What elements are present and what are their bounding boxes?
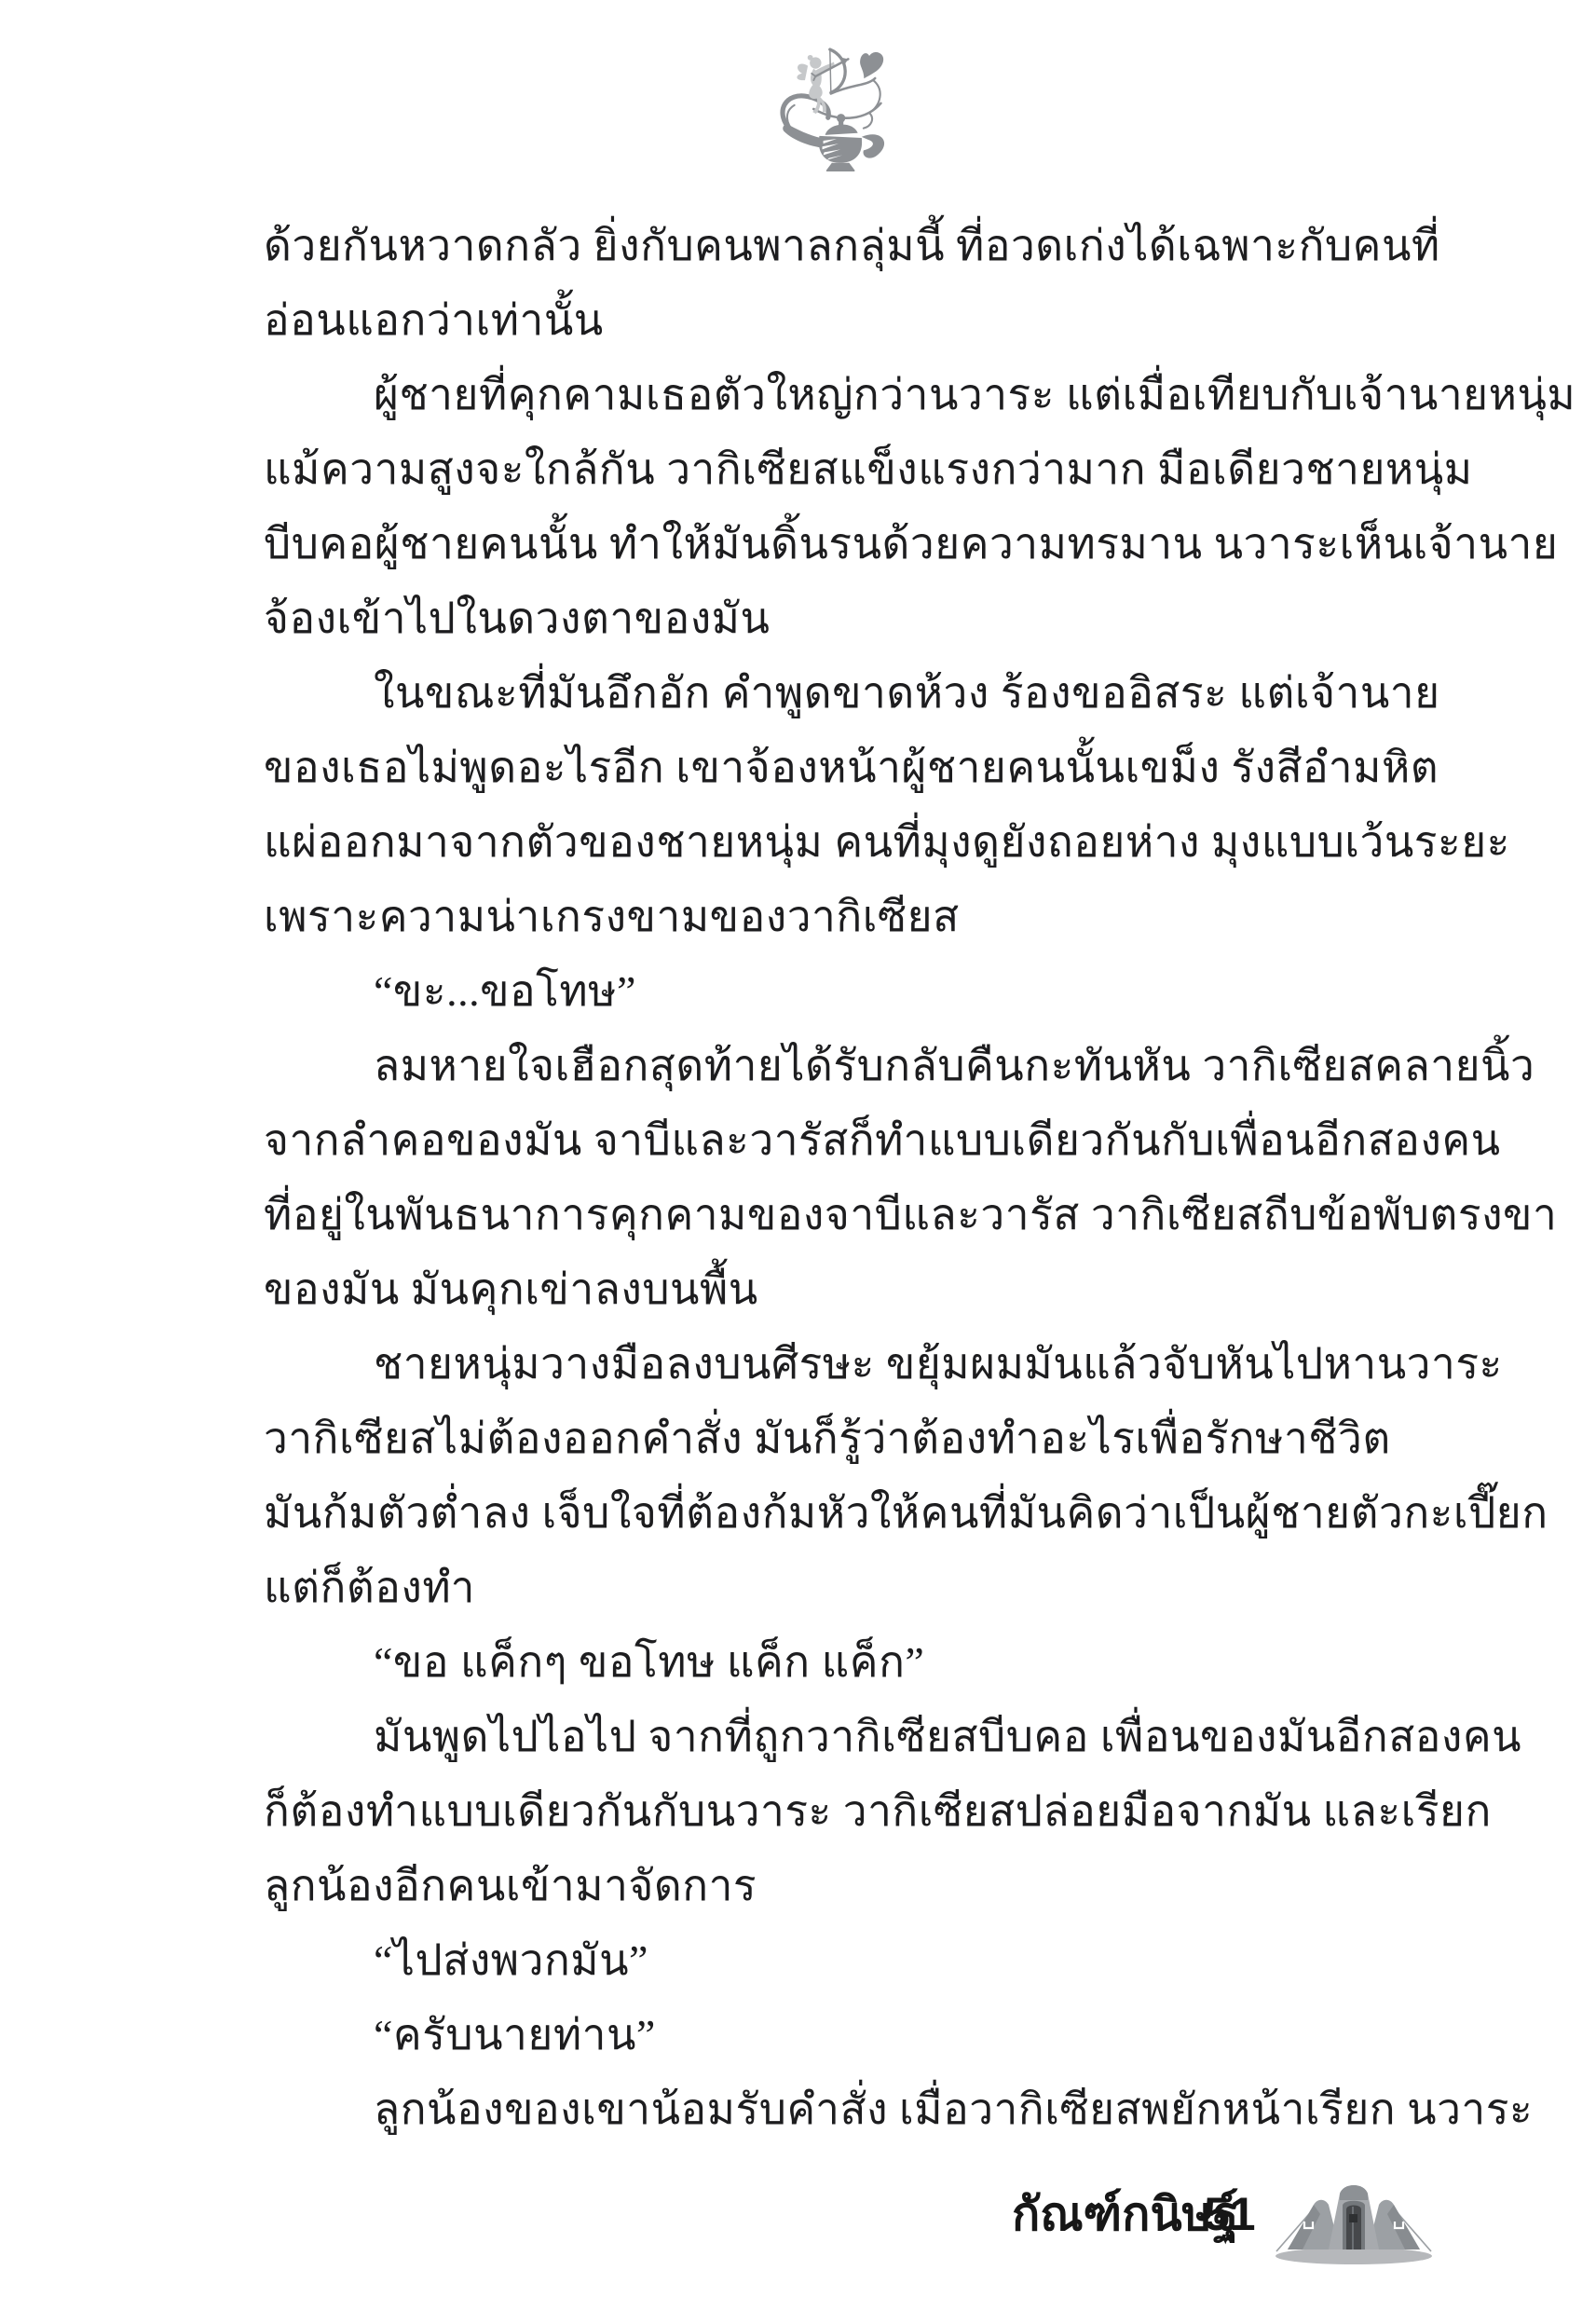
body-line: ลูกน้องอีกคนเข้ามาจัดการ <box>264 1849 1412 1923</box>
body-line: ในขณะที่มันอึกอัก คำพูดขาดห้วง ร้องขออิส… <box>264 656 1412 731</box>
body-line: แผ่ออกมาจากตัวของชายหนุ่ม คนที่มุงดูยังถ… <box>264 805 1412 880</box>
body-line: ลมหายใจเฮือกสุดท้ายได้รับกลับคืนกะทันหัน… <box>264 1029 1412 1103</box>
body-line: แต่ก็ต้องทำ <box>264 1551 1412 1625</box>
body-line: “ขอ แค็กๆ ขอโทษ แค็ก แค็ก” <box>264 1625 1412 1700</box>
body-line: จากลำคอของมัน จาบีและวารัสก็ทำแบบเดียวกั… <box>264 1103 1412 1178</box>
body-line: อ่อนแอกว่าเท่านั้น <box>264 283 1412 358</box>
body-line: แม้ความสูงจะใกล้กัน วากิเซียสแข็งแรงกว่า… <box>264 432 1412 507</box>
tent-icon <box>1269 2175 1439 2270</box>
body-line: จ้องเข้าไปในดวงตาของมัน <box>264 581 1412 656</box>
body-line: วากิเซียสไม่ต้องออกคำสั่ง มันก็รู้ว่าต้อ… <box>264 1402 1412 1476</box>
cupid-figure <box>797 55 834 114</box>
body-line: บีบคอผู้ชายคนนั้น ทำให้มันดิ้นรนด้วยความ… <box>264 507 1412 581</box>
body-line: ของมัน มันคุกเข่าลงบนพื้น <box>264 1252 1412 1327</box>
body-line: “ครับนายท่าน” <box>264 1998 1412 2072</box>
body-line: มันก้มตัวต่ำลง เจ็บใจที่ต้องก้มหัวให้คนท… <box>264 1476 1412 1551</box>
body-line: เพราะความน่าเกรงขามของวากิเซียส <box>264 880 1412 954</box>
body-line: ลูกน้องของเขาน้อมรับคำสั่ง เมื่อวากิเซีย… <box>264 2072 1412 2147</box>
body-line: มันพูดไปไอไป จากที่ถูกวากิเซียสบีบคอ เพื… <box>264 1700 1412 1774</box>
heart-icon <box>858 50 884 80</box>
body-line: ของเธอไม่พูดอะไรอีก เขาจ้องหน้าผู้ชายคนน… <box>264 731 1412 805</box>
body-line: ชายหนุ่มวางมือลงบนศีรษะ ขยุ้มผมมันแล้วจั… <box>264 1327 1412 1402</box>
body-text: ด้วยกันหวาดกลัว ยิ่งกับคนพาลกลุ่มนี้ ที่… <box>264 209 1412 2147</box>
footer-page-number: 51 <box>1204 2186 1256 2242</box>
cupid-genie-lamp-ornament <box>775 47 898 171</box>
body-line: “ขะ...ขอโทษ” <box>264 954 1412 1029</box>
body-line: ที่อยู่ในพันธนาการคุกคามของจาบีและวารัส … <box>264 1178 1412 1252</box>
body-line: “ไปส่งพวกมัน” <box>264 1923 1412 1998</box>
body-line: ด้วยกันหวาดกลัว ยิ่งกับคนพาลกลุ่มนี้ ที่… <box>264 209 1412 283</box>
genie-lamp <box>783 114 884 171</box>
body-line: ก็ต้องทำแบบเดียวกันกับนวาระ วากิเซียสปล่… <box>264 1774 1412 1849</box>
book-page: ด้วยกันหวาดกลัว ยิ่งกับคนพาลกลุ่มนี้ ที่… <box>0 0 1596 2311</box>
body-line: ผู้ชายที่คุกคามเธอตัวใหญ่กว่านวาระ แต่เม… <box>264 358 1412 432</box>
